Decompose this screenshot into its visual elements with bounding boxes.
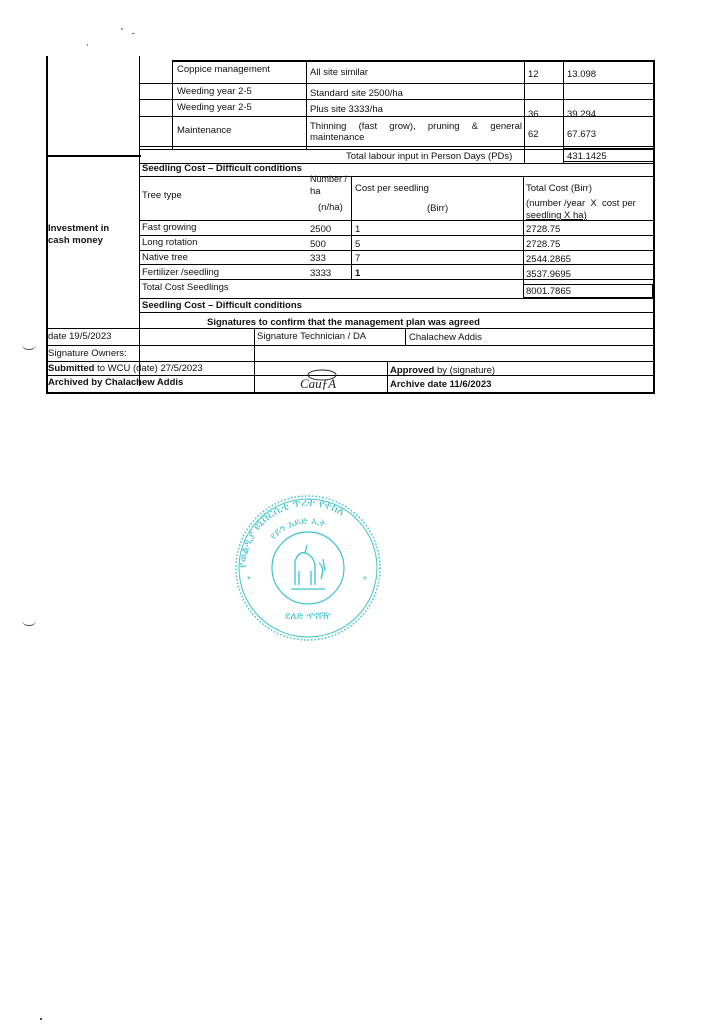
header-number-2: ha — [310, 186, 321, 197]
row-divider — [140, 99, 655, 100]
row-divider — [46, 345, 655, 346]
scan-speck — [121, 28, 123, 30]
total-cell: 2728.75 — [526, 224, 560, 235]
header-cost-1: Cost per seedling — [355, 183, 429, 194]
row-divider — [140, 250, 655, 251]
column-divider — [254, 328, 255, 392]
signatures-title: Signatures to confirm that the managemen… — [207, 317, 480, 328]
row-divider — [140, 279, 655, 280]
cost-cell: 7 — [355, 253, 360, 264]
svg-text:*: * — [363, 575, 367, 586]
owners-signature-label: Signature Owners: — [48, 348, 127, 359]
header-total-2: (number /year X cost per — [526, 198, 652, 209]
tree-type-cell: Fast growing — [142, 222, 196, 233]
number-cell: 333 — [310, 253, 326, 264]
value-cell: 67.673 — [567, 129, 596, 140]
header-number-1: Number / — [310, 174, 347, 185]
cost-cell: 1 — [355, 224, 360, 235]
days-cell: 62 — [528, 129, 539, 140]
tree-type-cell: Long rotation — [142, 237, 197, 248]
activity-cell: Weeding year 2-5 — [177, 102, 252, 113]
handwritten-signature: CauƒA — [300, 366, 350, 392]
stamp-inner-text: የይን አይድ ኢት — [268, 516, 327, 542]
submitted-date: to WCU (date) 27/5/2023 — [94, 363, 202, 374]
table-bottom-border — [46, 392, 655, 394]
header-number-3: (n/ha) — [318, 202, 343, 213]
seedling-cost-footer: Seedling Cost – Difficult conditions — [142, 300, 302, 311]
signature-text: CauƒA — [300, 376, 336, 392]
row-divider — [46, 375, 655, 376]
number-cell: 500 — [310, 239, 326, 250]
column-divider — [139, 56, 140, 386]
header-cost-2: (Birr) — [427, 203, 448, 214]
cost-cell: 5 — [355, 239, 360, 250]
header-tree-type: Tree type — [142, 190, 182, 201]
scan-speck — [87, 44, 88, 46]
column-divider — [172, 60, 173, 150]
total-cell: 3537.9695 — [526, 269, 571, 280]
seedling-cost-title: Seedling Cost – Difficult conditions — [142, 163, 302, 174]
total-labour-value: 431.1425 — [567, 151, 607, 162]
total-seedlings-label: Total Cost Seedlings — [142, 282, 229, 293]
svg-text:*: * — [247, 575, 251, 586]
row-divider — [46, 328, 655, 329]
column-divider — [387, 362, 388, 392]
days-cell: 36 — [528, 109, 539, 120]
activity-cell: Coppice management — [177, 64, 270, 75]
row-divider — [140, 83, 655, 84]
scan-speck — [40, 1018, 42, 1020]
row-divider — [172, 60, 655, 62]
header-total-1: Total Cost (Birr) — [526, 183, 592, 194]
total-cell: 2544.2865 — [526, 254, 571, 265]
description-cell: Standard site 2500/ha — [310, 88, 403, 99]
tree-type-cell: Native tree — [142, 252, 188, 263]
days-cell: 12 — [528, 69, 539, 80]
number-cell: 3333 — [310, 268, 331, 279]
technician-name: Chalachew Addis — [409, 332, 482, 343]
archived-by: Archived by Chalachew Addis — [48, 377, 183, 388]
stamp-emblem-icon — [291, 545, 325, 589]
number-cell: 2500 — [310, 224, 331, 235]
row-divider — [140, 312, 655, 313]
stamp-bottom-text: ደለድ ዯሸዥ — [285, 611, 332, 622]
hole-punch-mark — [22, 620, 36, 626]
total-cell: 2728.75 — [526, 239, 560, 250]
cost-cell: 1 — [355, 268, 360, 279]
hole-punch-mark — [22, 344, 36, 350]
date-field: date 19/5/2023 — [48, 331, 111, 342]
submitted-label: Submitted — [48, 363, 94, 374]
row-divider — [140, 264, 655, 265]
technician-label: Signature Technician / DA — [257, 331, 366, 342]
table-right-border — [653, 60, 655, 394]
official-stamp: የወልዲያ ዩኒቨርሲቲ ጥረት የተከለ የይን አይድ ኢት ደለድ ዯሸዥ… — [233, 493, 383, 643]
row-divider — [140, 146, 655, 147]
svg-text:የወልዲያ ዩኒቨርሲቲ ጥረት የተከለ: የወልዲያ ዩኒቨርሲቲ ጥረት የተከለ — [236, 496, 347, 568]
total-seedlings-value: 8001.7865 — [526, 286, 571, 297]
row-divider — [140, 298, 655, 299]
description-cell: Plus site 3333/ha — [310, 104, 383, 115]
section-divider — [46, 155, 141, 157]
activity-cell: Maintenance — [177, 125, 231, 136]
stamp-outer-text: የወልዲያ ዩኒቨርሲቲ ጥረት የተከለ — [236, 496, 347, 568]
submitted-field: Submitted to WCU (date) 27/5/2023 — [48, 363, 203, 374]
value-cell: 13.098 — [567, 69, 596, 80]
description-cell: Thinning (fast grow), pruning & general … — [310, 121, 522, 143]
row-divider — [140, 220, 655, 221]
total-labour-label: Total labour input in Person Days (PDs) — [346, 151, 512, 162]
value-cell: 39.294 — [567, 109, 596, 120]
scan-speck — [132, 33, 135, 34]
investment-label: Investment in cash money — [48, 223, 128, 247]
archive-date: Archive date 11/6/2023 — [390, 379, 491, 390]
column-divider — [405, 328, 406, 345]
row-divider — [140, 176, 655, 177]
activity-cell: Weeding year 2-5 — [177, 86, 252, 97]
row-divider — [46, 361, 655, 362]
column-divider — [306, 60, 307, 150]
description-cell: All site similar — [310, 67, 368, 78]
row-divider — [140, 235, 655, 236]
tree-type-cell: Fertilizer /seedling — [142, 267, 219, 278]
svg-text:የይን አይድ ኢት: የይን አይድ ኢት — [268, 516, 327, 542]
